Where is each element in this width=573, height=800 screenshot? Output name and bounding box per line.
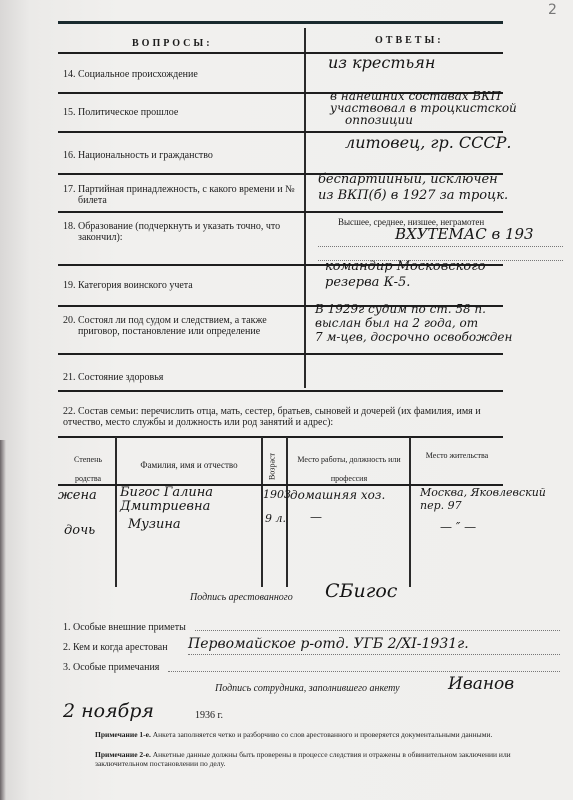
family-col-divider [261,437,263,587]
member-2-work: — [310,510,322,524]
family-col-divider [115,437,117,587]
question-22: 22. Состав семьи: перечислить отца, мать… [63,406,503,428]
date-printed: 1936 г. [195,710,223,721]
member-2-residence: — ″ — [440,520,476,534]
member-2-age: 9 л. [265,512,286,525]
extra-1: 1. Особые внешние приметы [63,622,186,633]
top-rule [58,21,503,24]
col-age: Возраст [268,445,277,489]
question-19: 19. Категория воинского учета [63,280,193,291]
answer-20-line-2: выслан был на 2 года, от [315,316,478,330]
extra-2-line [188,654,560,655]
scan-edge-shadow [0,440,6,800]
arrested-signature-label: Подпись арестованного [190,592,293,603]
answers-header: ОТВЕТЫ: [375,35,444,46]
question-21: 21. Состояние здоровья [63,372,163,383]
question-18: 18. Образование (подчеркнуть и указать т… [63,221,308,243]
note-1: Примечание 1-е. Анкета заполняется четко… [95,730,565,739]
col-work: Место работы, должность или профессия [290,450,408,488]
member-1-age: 1903 [263,488,291,501]
row-rule [58,390,503,392]
answer-17-line-2: из ВКП(б) в 1927 за троцк. [318,188,508,203]
member-1-residence: Москва, Яковлевский пер. 97 [420,486,570,512]
member-1-work: домашняя хоз. [290,488,385,502]
date-handwritten: 2 ноября [63,700,154,722]
member-2-name: Музина [128,517,181,532]
extra-2: 2. Кем и когда арестован [63,642,168,653]
question-14: 14. Социальное происхождение [63,69,198,80]
question-17: 17. Партийная принадлежность, с какого в… [63,184,308,206]
answer-19-line-1: командир Московского [325,259,486,274]
extra-3-line [168,671,560,672]
header-rule [58,52,503,54]
answer-18: ВХУТЕМАС в 193 [395,225,534,243]
answer-19-line-2: резерва К-5. [325,275,410,290]
answer-dotted-line [318,246,563,247]
answer-16: литовец, гр. СССР. [345,133,512,152]
questions-header: ВОПРОСЫ: [132,38,213,49]
officer-signature: Иванов [448,674,514,694]
answer-17-line-1: беспартийный, исключен [318,172,498,187]
member-2-relation: дочь [64,523,95,538]
row-rule [58,211,503,213]
row-rule [58,353,503,355]
family-col-divider [409,437,411,587]
extra-1-line [195,630,560,631]
corner-mark: 2 [548,2,557,18]
arrested-signature: СБигос [325,580,397,602]
col-residence: Место жительства [412,451,502,460]
document-page: 2 ВОПРОСЫ: ОТВЕТЫ: 14. Социальное происх… [0,0,573,800]
answer-20-line-3: 7 м-цев, досрочно освобожден [315,330,512,344]
answer-14: из крестьян [328,53,435,72]
officer-signature-label: Подпись сотрудника, заполнившего анкету [215,683,400,694]
question-20: 20. Состоял ли под судом и следствием, а… [63,315,308,337]
member-1-relation: жена [58,488,97,503]
question-15: 15. Политическое прошлое [63,107,178,118]
family-table-top [58,436,503,438]
col-relation: Степень родства [64,450,112,488]
answer-15-line-3: оппозиции [345,113,413,127]
col-name: Фамилия, имя и отчество [118,460,260,470]
family-col-divider [286,437,288,587]
extra-2-value: Первомайское р-отд. УГБ 2/XI-1931г. [188,636,469,652]
extra-3: 3. Особые примечания [63,662,159,673]
note-2: Примечание 2-е. Анкетные данные должны б… [95,750,565,768]
answer-20-line-1: В 1929г судим по ст. 58 п. [315,302,486,316]
question-16: 16. Национальность и гражданство [63,150,213,161]
member-1-name: Бигос Галина Дмитриевна [120,486,260,514]
